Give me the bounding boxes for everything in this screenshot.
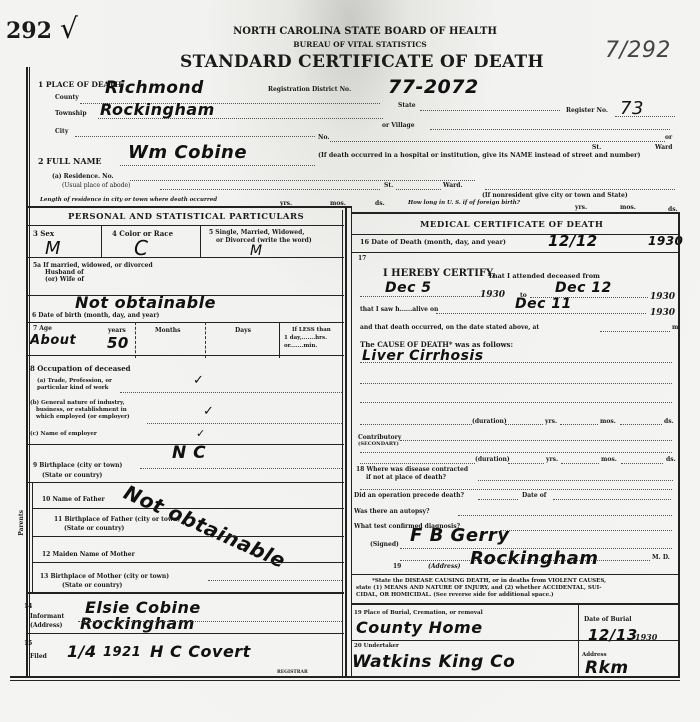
residence-ward-line — [396, 189, 441, 190]
parents-label: Parents — [18, 510, 28, 536]
medical-section-title: MEDICAL CERTIFICATE OF DEATH — [420, 220, 603, 230]
occ-c-label: (c) Name of employer — [30, 431, 97, 437]
center-divider-inner — [351, 206, 352, 676]
personal-section-title: PERSONAL AND STATISTICAL PARTICULARS — [68, 212, 304, 222]
st-label: St. — [592, 144, 601, 151]
row-rule-4 — [26, 355, 344, 356]
occurred-label: and that death occurred, on the date sta… — [360, 324, 539, 331]
note-line-3: CIDAL, OR HOMICIDAL. (See reverse side f… — [356, 592, 554, 598]
days-label: Days — [235, 327, 251, 334]
bureau-title: BUREAU OF VITAL STATISTICS — [250, 40, 470, 49]
undertaker-value: Watkins King Co — [352, 652, 515, 672]
duration-line-2c — [561, 463, 599, 464]
duration-line-1a — [360, 424, 472, 425]
saw-value: Dec 11 — [515, 296, 572, 312]
state-line — [420, 110, 560, 111]
duration-line-2b — [508, 463, 544, 464]
length-residence-label: Length of residence in city or town wher… — [40, 197, 217, 203]
occ-b-value: ✓ — [203, 404, 214, 419]
ward-label: Ward — [655, 144, 672, 151]
sex-label: 3 Sex — [33, 229, 54, 238]
mother-bp-line — [208, 580, 342, 581]
signed-address-value: Rockingham — [470, 548, 599, 569]
mother-bp-label-1: 13 Birthplace of Mother (city or town) — [40, 573, 169, 580]
hospital-note: (If death occurred in a hospital or inst… — [318, 152, 640, 159]
residence-ward-label: Ward. — [443, 182, 463, 189]
mother-label: 12 Maiden Name of Mother — [42, 551, 135, 558]
residence-label: (a) Residence. No. — [52, 173, 114, 180]
residence-sub: (Usual place of abode) — [62, 182, 130, 189]
burial-date-value: 12/13 — [588, 626, 638, 644]
city-label: City — [55, 128, 68, 135]
birthplace-value: N C — [172, 443, 206, 463]
informant-addr-label: (Address) — [30, 622, 62, 629]
years-value: 50 — [107, 334, 129, 352]
informant-line — [78, 621, 342, 622]
right-border — [678, 212, 680, 678]
age-value: About — [30, 333, 76, 348]
row-rule-6 — [26, 482, 344, 483]
register-line — [615, 116, 675, 117]
duration-ds-2: ds. — [666, 456, 676, 463]
residence-line — [130, 180, 475, 181]
md-label: M. D. — [652, 554, 670, 561]
file-number: 292 — [6, 18, 52, 44]
duration-yrs-2: yrs. — [546, 456, 558, 463]
less-label-2: 1 day,.......hrs. — [284, 335, 327, 341]
note-rule — [352, 574, 680, 575]
birthplace-line — [140, 468, 342, 469]
duration-line-2d — [621, 463, 663, 464]
bottom-border-inner — [10, 680, 680, 681]
no-label: No. — [318, 134, 329, 141]
register-label: Register No. — [566, 107, 608, 114]
row-rule-8 — [32, 536, 344, 537]
duration-yrs-1: yrs. — [545, 418, 557, 425]
operation-label: Did an operation precede death? — [354, 492, 464, 499]
saw-label: that I saw h......alive on — [360, 306, 438, 313]
to-value: Dec 12 — [555, 280, 612, 296]
dob-value: Not obtainable — [75, 293, 216, 312]
how-long-label: How long in U. S. if of foreign birth? — [408, 200, 520, 206]
years-label: years — [108, 327, 126, 334]
left-panel-right-border — [342, 210, 343, 676]
township-value: Rockingham — [100, 100, 215, 119]
row-rule-9 — [32, 562, 344, 563]
dob-label: 6 Date of birth (month, day, and year) — [32, 312, 159, 319]
autopsy-label: Was there an autopsy? — [354, 508, 430, 515]
row-rule-1 — [26, 257, 344, 258]
spouse-label-2: Husband of — [45, 269, 84, 276]
village-label: or Village — [382, 122, 415, 129]
occ-a-label-2: particular kind of work — [37, 385, 108, 391]
occ-a-label-1: (a) Trade, Profession, or — [37, 378, 112, 384]
township-line — [98, 118, 383, 119]
certificate-title: STANDARD CERTIFICATE OF DEATH — [180, 52, 540, 72]
registration-district-value: 77-2072 — [388, 76, 479, 98]
autopsy-line — [458, 515, 672, 516]
sex-divider — [101, 225, 102, 257]
duration-label-1: (duration) — [472, 418, 507, 425]
birthplace-label-1: 9 Birthplace (city or town) — [33, 462, 122, 469]
occupation-label: 8 Occupation of deceased — [30, 364, 131, 373]
divider-top-left — [26, 206, 352, 208]
to-year: 1930 — [650, 292, 675, 302]
spouse-label-1: 5a If married, widowed, or divorced — [33, 262, 153, 269]
from-line — [360, 296, 480, 297]
nineteen-label: 19 — [393, 563, 401, 570]
sex-value: M — [45, 238, 61, 259]
where-line — [478, 480, 673, 481]
undertaker-rule — [352, 640, 680, 641]
or-label: or — [665, 134, 672, 141]
occ-b-line — [147, 423, 342, 424]
burial-label: 19 Place of Burial, Cremation, or remova… — [354, 610, 483, 616]
marital-label-2: or Divorced (write the word) — [216, 237, 312, 244]
cause-line-2 — [360, 383, 672, 384]
foreign-mos: mos. — [620, 204, 636, 211]
secondary-label: (SECONDARY) — [358, 441, 399, 447]
father-value: Not obtainable — [120, 480, 289, 573]
county-value: Richmond — [105, 78, 204, 98]
township-label: Township — [55, 110, 87, 117]
where-label-2: if not at place of death? — [366, 474, 446, 481]
color-divider — [200, 225, 201, 257]
contributory-label: Contributory — [358, 434, 401, 441]
board-title: NORTH CAROLINA STATE BOARD OF HEALTH — [200, 26, 530, 37]
less-label-1: If LESS than — [292, 327, 331, 333]
filed-value: 1/4 — [67, 642, 97, 661]
date-of-line — [553, 499, 671, 500]
saw-line — [436, 313, 646, 314]
nonresident-line — [485, 189, 675, 190]
where-label-1: 18 Where was disease contracted — [356, 466, 468, 473]
state-label: State — [398, 102, 416, 109]
death-certificate: 292 √ 7/292 NORTH CAROLINA STATE BOARD O… — [0, 0, 700, 722]
test-line — [500, 530, 672, 531]
operation-line — [478, 499, 518, 500]
cause-line-3 — [360, 402, 672, 403]
months-label: Months — [155, 327, 181, 334]
foreign-yrs: yrs. — [575, 204, 587, 211]
item-17: 17 — [358, 255, 366, 262]
note-line-2: state (1) MEANS AND NATURE OF INJURY, an… — [356, 585, 601, 591]
occ-b-label-3: which employed (or employer) — [36, 414, 130, 420]
father-label: 10 Name of Father — [42, 496, 105, 503]
parents-divider — [32, 482, 33, 592]
certify-rest: That I attended deceased from — [488, 272, 600, 280]
duration-label-2: (duration) — [475, 456, 510, 463]
county-label: County — [55, 94, 79, 101]
saw-year: 1930 — [650, 308, 675, 318]
dod-label: 16 Date of Death (month, day, and year) — [360, 238, 506, 246]
age-divider-3 — [279, 322, 280, 358]
duration-ds-1: ds. — [664, 418, 674, 425]
divider-top-right — [352, 212, 680, 214]
occ-b-label-2: business, or establishment in — [36, 407, 127, 413]
left-border — [26, 67, 28, 677]
burial-value: County Home — [356, 618, 483, 637]
row-rule-7 — [32, 508, 344, 509]
duration-line-1c — [560, 424, 598, 425]
note-line-1: *State the DISEASE CAUSING DEATH, or in … — [372, 578, 606, 584]
city-line — [75, 136, 315, 137]
duration-line-2a — [360, 463, 475, 464]
father-bp-label-2: (State or country) — [64, 525, 124, 532]
duration-mos-1: mos. — [600, 418, 616, 425]
residence-st-line — [160, 189, 380, 190]
undertaker-label: 20 Undertaker — [354, 643, 399, 649]
dod-rule — [352, 252, 680, 253]
registrar-value: H C Covert — [150, 642, 251, 661]
full-name-label: 2 FULL NAME — [38, 156, 102, 166]
contributory-line — [400, 440, 672, 441]
village-line — [430, 129, 670, 130]
age-label: 7 Age — [33, 325, 52, 332]
filed-year: 1921 — [103, 645, 141, 660]
occ-c-value: ✓ — [196, 427, 206, 440]
undertaker-addr-value: Rkm — [585, 658, 629, 678]
where-line-2 — [360, 489, 672, 490]
age-divider-2 — [205, 322, 206, 358]
row-rule-11 — [26, 633, 344, 634]
age-divider-1 — [135, 322, 136, 358]
birthplace-label-2: (State or country) — [42, 472, 102, 479]
full-name-line — [120, 165, 315, 166]
from-year: 1930 — [480, 290, 505, 300]
informant-label: Informant — [30, 613, 64, 620]
medical-title-rule — [352, 234, 680, 235]
date-of-label: Date of — [522, 492, 546, 499]
length-ds: ds. — [375, 200, 385, 207]
burial-top-rule — [352, 603, 680, 605]
no-line — [330, 141, 665, 142]
dod-value: 12/12 — [548, 232, 598, 250]
from-value: Dec 5 — [385, 280, 432, 296]
informant-num: 14 — [24, 603, 32, 610]
occ-a-line — [120, 392, 342, 393]
certify-heading: I HEREBY CERTIFY, — [383, 268, 495, 279]
row-rule-3 — [26, 322, 344, 323]
contributory-line-2 — [360, 452, 672, 453]
signed-address-label: (Address) — [428, 563, 460, 570]
check-mark-icon: √ — [60, 12, 78, 45]
occ-a-value: ✓ — [193, 373, 204, 388]
duration-line-1b — [505, 424, 543, 425]
father-bp-label-1: 11 Birthplace of Father (city or town) — [54, 516, 180, 523]
occ-b-label-1: (b) General nature of industry, — [30, 400, 125, 406]
nonresident-note: (If nonresident give city or town and St… — [482, 192, 628, 199]
occurred-line — [600, 331, 670, 332]
signed-label: (Signed) — [370, 541, 399, 548]
full-name-value: Wm Cobine — [128, 142, 247, 163]
personal-title-rule — [26, 225, 344, 226]
filed-num: 15 — [24, 640, 32, 647]
burial-date-label: Date of Burial — [584, 616, 631, 623]
duration-line-1d — [620, 424, 662, 425]
signed-value: F B Gerry — [410, 525, 510, 546]
corner-note: 7/292 — [605, 38, 671, 63]
cause-line-1 — [360, 362, 672, 363]
row-rule-10 — [26, 592, 344, 594]
spouse-label-3: (or) Wife of — [45, 276, 84, 283]
informant-addr-value: Rockingham — [80, 614, 195, 633]
duration-mos-2: mos. — [601, 456, 617, 463]
mother-bp-label-2: (State or country) — [62, 582, 122, 589]
center-divider — [345, 206, 347, 676]
marital-label-1: 5 Single, Married, Widowed, — [209, 229, 304, 236]
registration-district-label: Registration District No. — [268, 86, 351, 93]
less-label-3: or.......min. — [284, 343, 317, 349]
registrar-label: REGISTRAR — [277, 670, 308, 675]
filed-label: Filed — [30, 653, 47, 660]
residence-st-label: St. — [384, 182, 393, 189]
bottom-border — [10, 676, 680, 678]
